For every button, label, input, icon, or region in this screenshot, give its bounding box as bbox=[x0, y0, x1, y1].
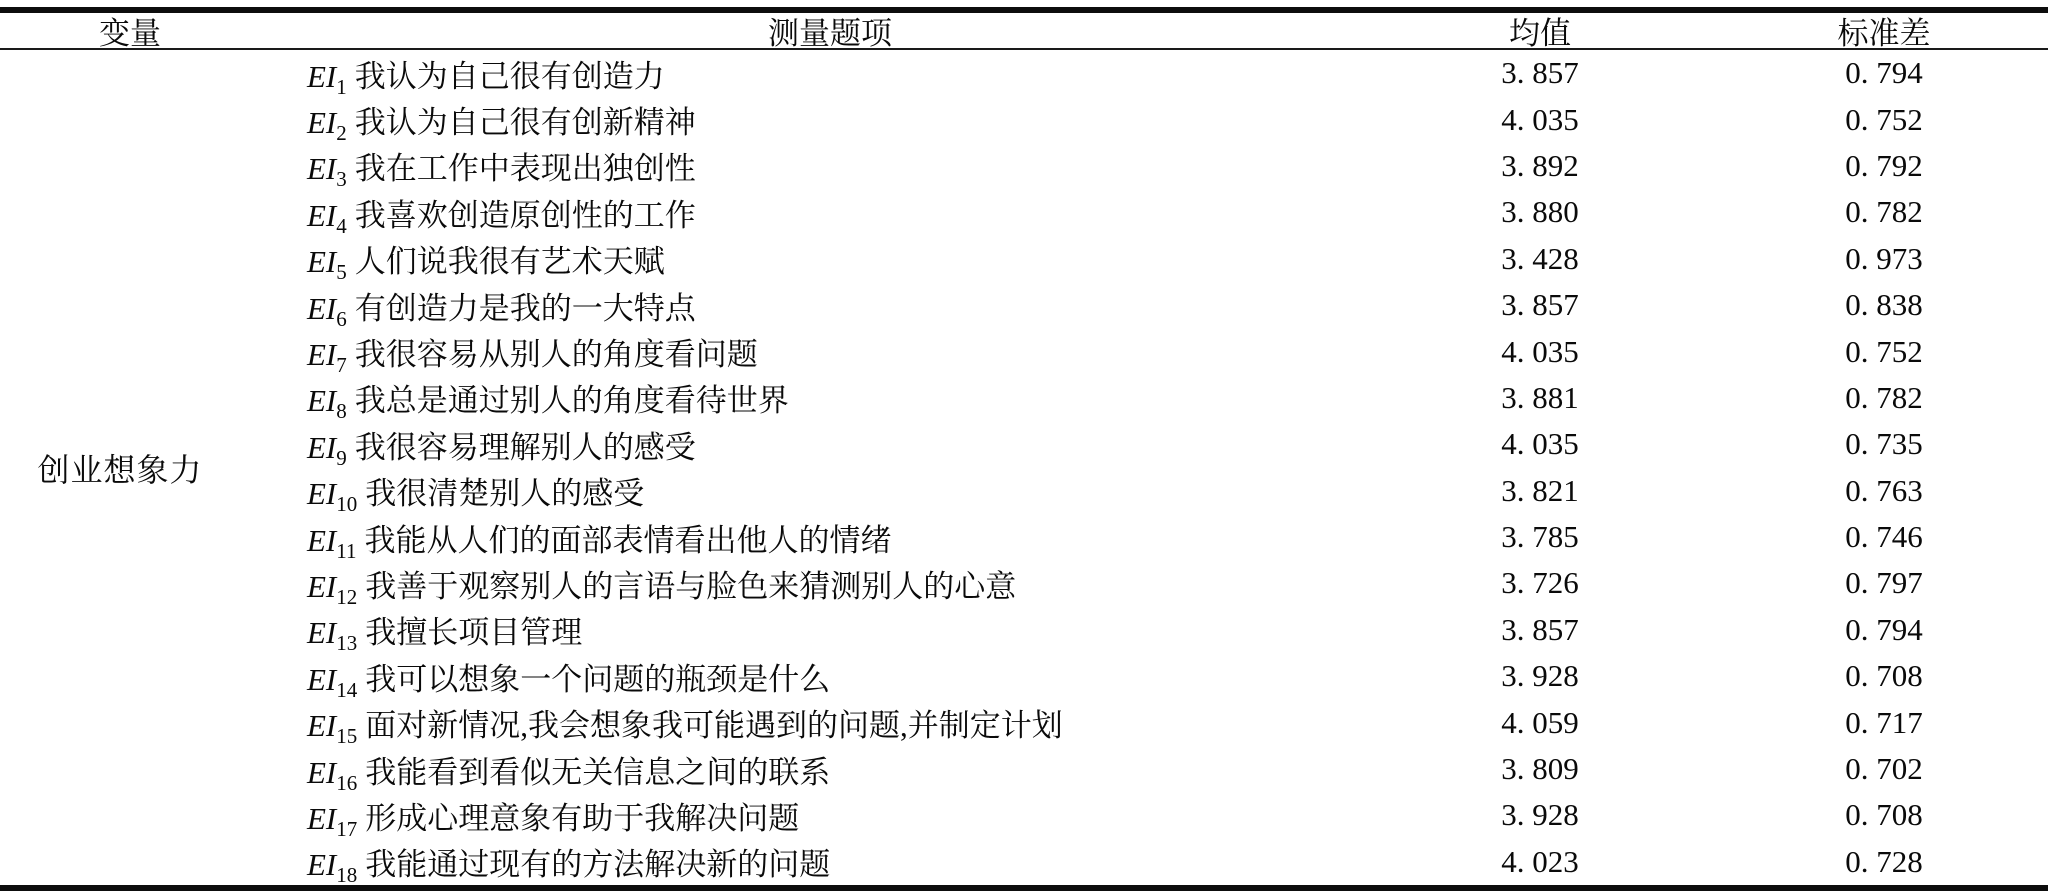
mean-value: 3. 785 bbox=[1360, 519, 1720, 555]
mean-value: 3. 428 bbox=[1360, 241, 1720, 277]
item-code-letters: EI bbox=[307, 476, 336, 511]
mean-value: 3. 880 bbox=[1360, 194, 1720, 230]
table-row: EI12我善于观察别人的言语与脸色来猜测别人的心意 3. 726 0. 797 bbox=[300, 560, 2048, 606]
item-code: EI2 bbox=[307, 105, 347, 140]
item-code-subscript: 11 bbox=[336, 539, 356, 560]
item-text: 我在工作中表现出独创性 bbox=[355, 151, 696, 186]
sd-value: 0. 708 bbox=[1720, 797, 2048, 833]
item-code-letters: EI bbox=[307, 569, 336, 604]
item-code-letters: EI bbox=[307, 430, 336, 465]
item-text: 我总是通过别人的角度看待世界 bbox=[355, 383, 789, 418]
item-code-letters: EI bbox=[307, 198, 336, 233]
sd-value: 0. 973 bbox=[1720, 241, 2048, 277]
item-code-letters: EI bbox=[307, 523, 336, 558]
item-code: EI9 bbox=[307, 430, 347, 465]
sd-value: 0. 746 bbox=[1720, 519, 2048, 555]
item-code: EI16 bbox=[307, 755, 357, 790]
table-row: EI17形成心理意象有助于我解决问题 3. 928 0. 708 bbox=[300, 792, 2048, 838]
table-row: EI18我能通过现有的方法解决新的问题 4. 023 0. 728 bbox=[300, 839, 2048, 885]
item-code-subscript: 14 bbox=[336, 678, 357, 699]
mean-value: 3. 928 bbox=[1360, 658, 1720, 694]
header-measurement-item: 测量题项 bbox=[300, 8, 1360, 53]
item-code-subscript: 2 bbox=[336, 121, 347, 142]
table-row: EI5人们说我很有艺术天赋 3. 428 0. 973 bbox=[300, 236, 2048, 282]
table-row: EI2我认为自己很有创新精神 4. 035 0. 752 bbox=[300, 96, 2048, 142]
item-code-subscript: 7 bbox=[336, 353, 347, 374]
item-code: EI17 bbox=[307, 801, 357, 836]
item-text: 有创造力是我的一大特点 bbox=[355, 291, 696, 326]
mean-value: 4. 035 bbox=[1360, 102, 1720, 138]
item-cell: EI3我在工作中表现出独创性 bbox=[300, 143, 1360, 188]
measurement-items-table: 变量 测量题项 均值 标准差 创业想象力 EI1我认为自己很有创造力 3. 85… bbox=[0, 0, 2048, 896]
item-cell: EI4我喜欢创造原创性的工作 bbox=[300, 190, 1360, 235]
item-code: EI7 bbox=[307, 337, 347, 372]
item-code: EI10 bbox=[307, 476, 357, 511]
item-code: EI5 bbox=[307, 244, 347, 279]
item-code-letters: EI bbox=[307, 244, 336, 279]
item-text: 我可以想象一个问题的瓶颈是什么 bbox=[365, 662, 830, 697]
item-code-letters: EI bbox=[307, 708, 336, 743]
table-bottom-rule bbox=[0, 885, 2048, 891]
mean-value: 4. 035 bbox=[1360, 334, 1720, 370]
item-code-letters: EI bbox=[307, 801, 336, 836]
item-text: 面对新情况,我会想象我可能遇到的问题,并制定计划 bbox=[365, 708, 1063, 743]
table-row: EI4我喜欢创造原创性的工作 3. 880 0. 782 bbox=[300, 189, 2048, 235]
table-row: EI16我能看到看似无关信息之间的联系 3. 809 0. 702 bbox=[300, 746, 2048, 792]
table-row: EI9我很容易理解别人的感受 4. 035 0. 735 bbox=[300, 421, 2048, 467]
item-code-subscript: 4 bbox=[336, 214, 347, 235]
item-code-subscript: 15 bbox=[336, 724, 357, 745]
sd-value: 0. 782 bbox=[1720, 194, 2048, 230]
sd-value: 0. 702 bbox=[1720, 751, 2048, 787]
item-cell: EI18我能通过现有的方法解决新的问题 bbox=[300, 839, 1360, 884]
mean-value: 3. 857 bbox=[1360, 287, 1720, 323]
item-text: 我很清楚别人的感受 bbox=[365, 476, 644, 511]
item-code-letters: EI bbox=[307, 662, 336, 697]
item-code: EI4 bbox=[307, 198, 347, 233]
item-code-subscript: 13 bbox=[336, 631, 357, 652]
item-code: EI6 bbox=[307, 291, 347, 326]
table-row: EI13我擅长项目管理 3. 857 0. 794 bbox=[300, 607, 2048, 653]
sd-value: 0. 794 bbox=[1720, 55, 2048, 91]
item-code: EI11 bbox=[307, 523, 357, 558]
item-cell: EI11我能从人们的面部表情看出他人的情绪 bbox=[300, 515, 1360, 560]
table-header-row: 变量 测量题项 均值 标准差 bbox=[0, 13, 2048, 48]
item-code-letters: EI bbox=[307, 615, 336, 650]
item-code-letters: EI bbox=[307, 383, 336, 418]
table-row: EI7我很容易从别人的角度看问题 4. 035 0. 752 bbox=[300, 328, 2048, 374]
sd-value: 0. 838 bbox=[1720, 287, 2048, 323]
item-code-letters: EI bbox=[307, 755, 336, 790]
sd-value: 0. 708 bbox=[1720, 658, 2048, 694]
mean-value: 4. 023 bbox=[1360, 844, 1720, 880]
sd-value: 0. 752 bbox=[1720, 334, 2048, 370]
header-standard-deviation: 标准差 bbox=[1720, 8, 2048, 53]
item-code-letters: EI bbox=[307, 291, 336, 326]
item-code-letters: EI bbox=[307, 105, 336, 140]
item-text: 我擅长项目管理 bbox=[365, 615, 582, 650]
item-text: 我喜欢创造原创性的工作 bbox=[355, 198, 696, 233]
sd-value: 0. 763 bbox=[1720, 473, 2048, 509]
mean-value: 4. 059 bbox=[1360, 705, 1720, 741]
table-row: EI6有创造力是我的一大特点 3. 857 0. 838 bbox=[300, 282, 2048, 328]
item-text: 我善于观察别人的言语与脸色来猜测别人的心意 bbox=[365, 569, 1016, 604]
item-code-subscript: 16 bbox=[336, 771, 357, 792]
item-cell: EI14我可以想象一个问题的瓶颈是什么 bbox=[300, 654, 1360, 699]
table-row: EI15面对新情况,我会想象我可能遇到的问题,并制定计划 4. 059 0. 7… bbox=[300, 699, 2048, 745]
item-text: 我能从人们的面部表情看出他人的情绪 bbox=[365, 523, 892, 558]
item-text: 我能看到看似无关信息之间的联系 bbox=[365, 755, 830, 790]
mean-value: 3. 928 bbox=[1360, 797, 1720, 833]
item-code-subscript: 3 bbox=[336, 167, 347, 188]
table-row: EI11我能从人们的面部表情看出他人的情绪 3. 785 0. 746 bbox=[300, 514, 2048, 560]
item-code: EI8 bbox=[307, 383, 347, 418]
variable-name-cell: 创业想象力 bbox=[0, 50, 300, 885]
item-code: EI18 bbox=[307, 847, 357, 882]
item-cell: EI9我很容易理解别人的感受 bbox=[300, 422, 1360, 467]
table-row: EI8我总是通过别人的角度看待世界 3. 881 0. 782 bbox=[300, 375, 2048, 421]
item-code-subscript: 6 bbox=[336, 307, 347, 328]
item-code-subscript: 17 bbox=[336, 817, 357, 838]
mean-value: 3. 809 bbox=[1360, 751, 1720, 787]
sd-value: 0. 797 bbox=[1720, 565, 2048, 601]
item-text: 我能通过现有的方法解决新的问题 bbox=[365, 847, 830, 882]
item-rows: EI1我认为自己很有创造力 3. 857 0. 794 EI2我认为自己很有创新… bbox=[300, 50, 2048, 885]
mean-value: 3. 881 bbox=[1360, 380, 1720, 416]
mean-value: 3. 821 bbox=[1360, 473, 1720, 509]
item-cell: EI8我总是通过别人的角度看待世界 bbox=[300, 375, 1360, 420]
item-text: 形成心理意象有助于我解决问题 bbox=[365, 801, 799, 836]
item-cell: EI5人们说我很有艺术天赋 bbox=[300, 236, 1360, 281]
item-code: EI3 bbox=[307, 151, 347, 186]
item-cell: EI2我认为自己很有创新精神 bbox=[300, 97, 1360, 142]
item-cell: EI1我认为自己很有创造力 bbox=[300, 51, 1360, 96]
mean-value: 3. 857 bbox=[1360, 55, 1720, 91]
item-code-subscript: 12 bbox=[336, 585, 357, 606]
mean-value: 3. 857 bbox=[1360, 612, 1720, 648]
mean-value: 3. 726 bbox=[1360, 565, 1720, 601]
sd-value: 0. 735 bbox=[1720, 426, 2048, 462]
sd-value: 0. 794 bbox=[1720, 612, 2048, 648]
item-code-letters: EI bbox=[307, 151, 336, 186]
item-text: 我很容易理解别人的感受 bbox=[355, 430, 696, 465]
item-code: EI1 bbox=[307, 59, 347, 94]
table-body: 创业想象力 EI1我认为自己很有创造力 3. 857 0. 794 EI2我认为… bbox=[0, 50, 2048, 885]
table-row: EI1我认为自己很有创造力 3. 857 0. 794 bbox=[300, 50, 2048, 96]
item-code-subscript: 18 bbox=[336, 863, 357, 884]
item-cell: EI17形成心理意象有助于我解决问题 bbox=[300, 793, 1360, 838]
item-cell: EI16我能看到看似无关信息之间的联系 bbox=[300, 747, 1360, 792]
item-code-subscript: 1 bbox=[336, 75, 347, 96]
header-mean: 均值 bbox=[1360, 8, 1720, 53]
item-cell: EI6有创造力是我的一大特点 bbox=[300, 283, 1360, 328]
item-code-letters: EI bbox=[307, 59, 336, 94]
item-text: 我认为自己很有创造力 bbox=[355, 59, 665, 94]
header-variable: 变量 bbox=[0, 8, 300, 53]
item-code: EI12 bbox=[307, 569, 357, 604]
item-code-letters: EI bbox=[307, 337, 336, 372]
sd-value: 0. 728 bbox=[1720, 844, 2048, 880]
table-row: EI3我在工作中表现出独创性 3. 892 0. 792 bbox=[300, 143, 2048, 189]
item-code-subscript: 10 bbox=[336, 492, 357, 513]
item-code-subscript: 9 bbox=[336, 446, 347, 467]
table-row: EI10我很清楚别人的感受 3. 821 0. 763 bbox=[300, 468, 2048, 514]
mean-value: 4. 035 bbox=[1360, 426, 1720, 462]
sd-value: 0. 792 bbox=[1720, 148, 2048, 184]
item-cell: EI10我很清楚别人的感受 bbox=[300, 468, 1360, 513]
table-row: EI14我可以想象一个问题的瓶颈是什么 3. 928 0. 708 bbox=[300, 653, 2048, 699]
item-code-subscript: 8 bbox=[336, 399, 347, 420]
sd-value: 0. 752 bbox=[1720, 102, 2048, 138]
item-code: EI14 bbox=[307, 662, 357, 697]
item-text: 我很容易从别人的角度看问题 bbox=[355, 337, 758, 372]
item-code: EI13 bbox=[307, 615, 357, 650]
item-text: 人们说我很有艺术天赋 bbox=[355, 244, 665, 279]
item-cell: EI7我很容易从别人的角度看问题 bbox=[300, 329, 1360, 374]
item-code-subscript: 5 bbox=[336, 260, 347, 281]
item-code-letters: EI bbox=[307, 847, 336, 882]
item-cell: EI15面对新情况,我会想象我可能遇到的问题,并制定计划 bbox=[300, 700, 1360, 745]
sd-value: 0. 782 bbox=[1720, 380, 2048, 416]
sd-value: 0. 717 bbox=[1720, 705, 2048, 741]
item-code: EI15 bbox=[307, 708, 357, 743]
item-cell: EI12我善于观察别人的言语与脸色来猜测别人的心意 bbox=[300, 561, 1360, 606]
mean-value: 3. 892 bbox=[1360, 148, 1720, 184]
item-cell: EI13我擅长项目管理 bbox=[300, 607, 1360, 652]
item-text: 我认为自己很有创新精神 bbox=[355, 105, 696, 140]
